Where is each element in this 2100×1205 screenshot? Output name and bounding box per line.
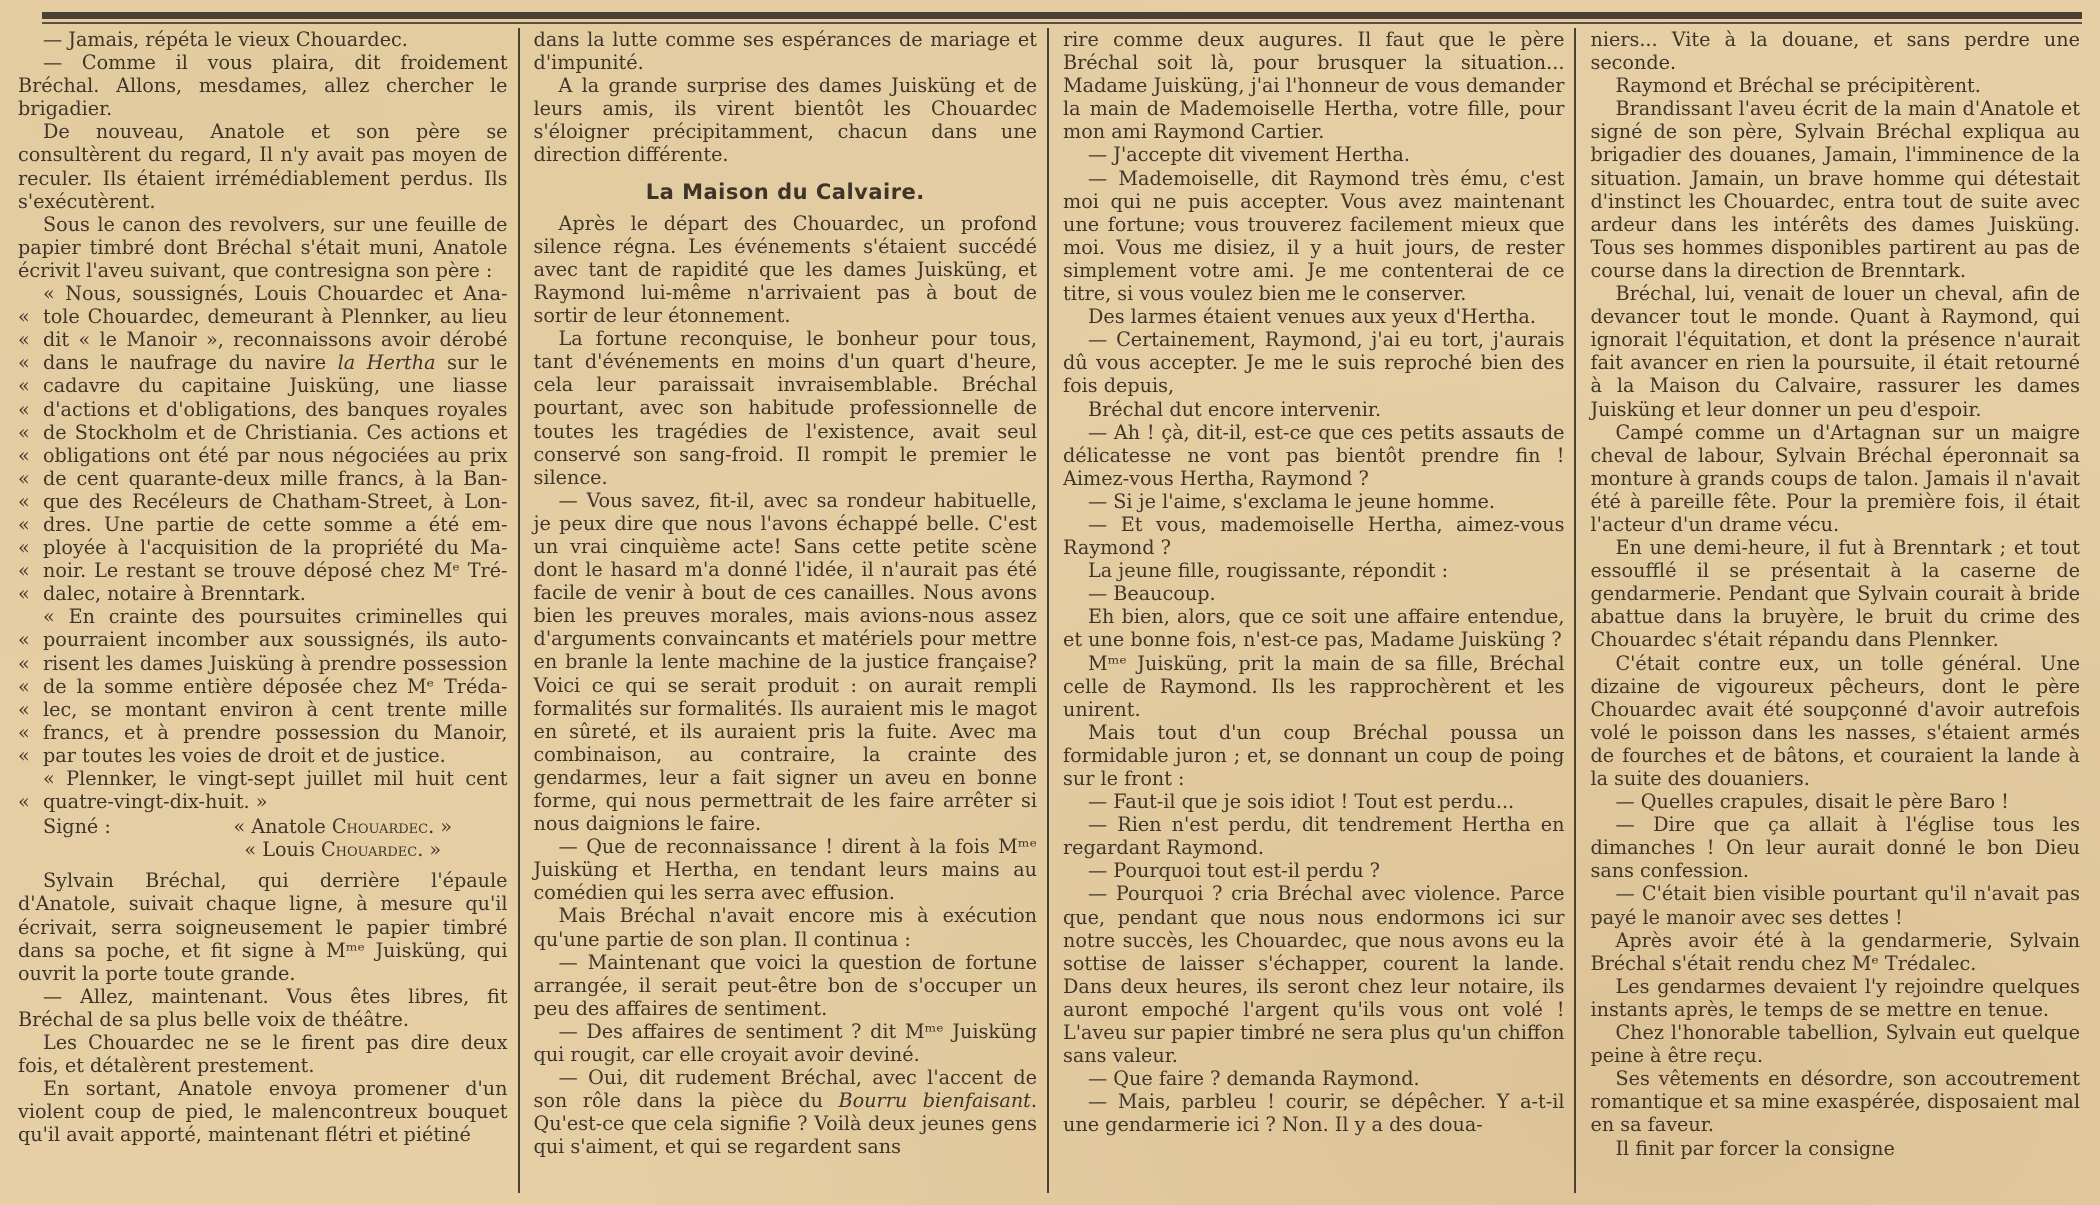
paragraph: — Des affaires de sentiment ? dit Mᵐᵉ Ju… [534,1020,1037,1066]
confession-line: «dit « le Manoir », reconnaissons avoir … [18,328,508,351]
paragraph: De nouveau, Anatole et son père se consu… [18,120,508,212]
confession-line: «risent les dames Juisküng à prendre pos… [18,652,508,675]
top-rule-thick-line [42,12,2082,19]
paragraph: A la grande surprise des dames Juisküng … [534,74,1037,166]
confession-line: « Plennker, le vingt-sept juillet mil hu… [18,767,508,790]
paragraph: Ses vêtements en désordre, son accoutrem… [1590,1067,2080,1136]
paragraph: — Beaucoup. [1063,582,1564,605]
paragraph: Brandissant l'aveu écrit de la main d'An… [1590,97,2080,282]
paragraph-continuation: niers... Vite à la douane, et sans perdr… [1590,28,2080,74]
paragraph: — Allez, maintenant. Vous êtes libres, f… [18,985,508,1031]
paragraph: Sylvain Bréchal, qui derrière l'épaule d… [18,869,508,984]
paragraph: C'était contre eux, un tolle général. Un… [1590,652,2080,791]
paragraph: Après le départ des Chouardec, un profon… [534,212,1037,327]
signature-names: « Anatole Chouardec. » « Louis Chouardec… [178,815,508,861]
paragraph: — Certainement, Raymond, j'ai eu tort, j… [1063,328,1564,397]
paragraph: Bréchal, lui, venait de louer un cheval,… [1590,282,2080,421]
paragraph: La jeune fille, rougissante, répondit : [1063,559,1564,582]
section-heading: La Maison du Calvaire. [534,181,1037,204]
paragraph: Bréchal dut encore intervenir. [1063,398,1564,421]
confession-line: «obligations ont été par nous négociées … [18,444,508,467]
paragraph: — Et vous, mademoiselle Hertha, aimez-vo… [1063,513,1564,559]
signature-block: Signé : « Anatole Chouardec. » « Louis C… [18,815,508,861]
column-2: dans la lutte comme ses espérances de ma… [520,28,1049,1193]
confession-line: «quatre-vingt-dix-huit. » [18,790,508,813]
confession-line: «dres. Une partie de cette somme a été e… [18,513,508,536]
confession-line: «dalec, notaire à Brenntark. [18,582,508,605]
paragraph: — C'était bien visible pourtant qu'il n'… [1590,882,2080,928]
confession-line: «ployée à l'acquisition de la propriété … [18,536,508,559]
paragraph: En une demi-heure, il fut à Brenntark ; … [1590,536,2080,651]
paragraph-continuation: dans la lutte comme ses espérances de ma… [534,28,1037,74]
column-1: — Jamais, répéta le vieux Chouardec. — C… [14,28,520,1193]
paragraph: Chez l'honorable tabellion, Sylvain eut … [1590,1021,2080,1067]
paragraph: Eh bien, alors, que ce soit une affaire … [1063,605,1564,651]
paragraph: Sous le canon des revolvers, sur une feu… [18,213,508,282]
paragraph: — Jamais, répéta le vieux Chouardec. [18,28,508,51]
paragraph: — Si je l'aime, s'exclama le jeune homme… [1063,490,1564,513]
paragraph: — Mademoiselle, dit Raymond très ému, c'… [1063,167,1564,306]
paragraph: Campé comme un d'Artagnan sur un maigre … [1590,421,2080,536]
paragraph: Après avoir été à la gendarmerie, Sylvai… [1590,929,2080,975]
confession-line: «de Stockholm et de Christiania. Ces act… [18,421,508,444]
signature-anatole: « Anatole Chouardec. » [233,815,452,838]
confession-line: «dans le naufrage du navire la Hertha su… [18,351,508,374]
paragraph: — Rien n'est perdu, dit tendrement Herth… [1063,813,1564,859]
paragraph: — Faut-il que je sois idiot ! Tout est p… [1063,790,1564,813]
paragraph: Mᵐᵉ Juisküng, prit la main de sa fille, … [1063,652,1564,721]
column-3: rire comme deux augures. Il faut que le … [1049,28,1576,1193]
paragraph: — Quelles crapules, disait le père Baro … [1590,790,2080,813]
confession-line: «noir. Le restant se trouve déposé chez … [18,559,508,582]
paragraph: — Vous savez, fit-il, avec sa rondeur ha… [534,489,1037,835]
confession-line: «pourraient incomber aux soussignés, ils… [18,628,508,651]
paragraph: Mais tout d'un coup Bréchal poussa un fo… [1063,721,1564,790]
paragraph: Les gendarmes devaient l'y rejoindre que… [1590,975,2080,1021]
newspaper-columns: — Jamais, répéta le vieux Chouardec. — C… [14,28,2090,1193]
paragraph: Les Chouardec ne se le firent pas dire d… [18,1031,508,1077]
paragraph-continuation: rire comme deux augures. Il faut que le … [1063,28,1564,143]
column-4: niers... Vite à la douane, et sans perdr… [1576,28,2090,1193]
confession-line: «d'actions et d'obligations, des banques… [18,398,508,421]
confession-line: «que des Recéleurs de Chatham-Street, à … [18,490,508,513]
confession-quote: « Nous, soussignés, Louis Chouardec et A… [18,282,508,813]
confession-line: «par toutes les voies de droit et de jus… [18,744,508,767]
paragraph: — Oui, dit rudement Bréchal, avec l'acce… [534,1066,1037,1158]
paragraph: — Maintenant que voici la question de fo… [534,951,1037,1020]
paragraph: — Mais, parbleu ! courir, se dépêcher. Y… [1063,1090,1564,1136]
confession-line: «de la somme entière déposée chez Mᵉ Tré… [18,675,508,698]
paragraph: — Que faire ? demanda Raymond. [1063,1067,1564,1090]
confession-line: «de cent quarante-deux mille francs, à l… [18,467,508,490]
confession-line: «cadavre du capitaine Juisküng, une lias… [18,374,508,397]
confession-line: «tole Chouardec, demeurant à Plennker, a… [18,305,508,328]
paragraph: — Ah ! çà, dit-il, est-ce que ces petits… [1063,421,1564,490]
paragraph: Il finit par forcer la consigne [1590,1137,2080,1160]
paragraph: — Pourquoi ? cria Bréchal avec violence.… [1063,882,1564,1067]
paragraph: — Dire que ça allait à l'église tous les… [1590,813,2080,882]
signature-label: Signé : [18,815,178,861]
paragraph: — Que de reconnaissance ! dirent à la fo… [534,835,1037,904]
confession-line: « Nous, soussignés, Louis Chouardec et A… [18,282,508,305]
paragraph: Des larmes étaient venues aux yeux d'Her… [1063,305,1564,328]
top-rule [42,12,2082,24]
signature-louis: « Louis Chouardec. » [244,838,441,861]
paragraph: La fortune reconquise, le bonheur pour t… [534,327,1037,489]
confession-line: « En crainte des poursuites criminelles … [18,605,508,628]
confession-line: «francs, et à prendre possession du Mano… [18,721,508,744]
paragraph: — J'accepte dit vivement Hertha. [1063,143,1564,166]
paragraph: — Comme il vous plaira, dit froidement B… [18,51,508,120]
paragraph: En sortant, Anatole envoya promener d'un… [18,1077,508,1146]
ship-name: la Hertha [338,351,436,374]
confession-line: «lec, se montant environ à cent trente m… [18,698,508,721]
play-title: Bourru bienfaisant [839,1089,1031,1112]
paragraph: Raymond et Bréchal se précipitèrent. [1590,74,2080,97]
paragraph: — Pourquoi tout est-il perdu ? [1063,859,1564,882]
top-rule-thin-line [42,22,2082,24]
paragraph: Mais Bréchal n'avait encore mis à exécut… [534,904,1037,950]
